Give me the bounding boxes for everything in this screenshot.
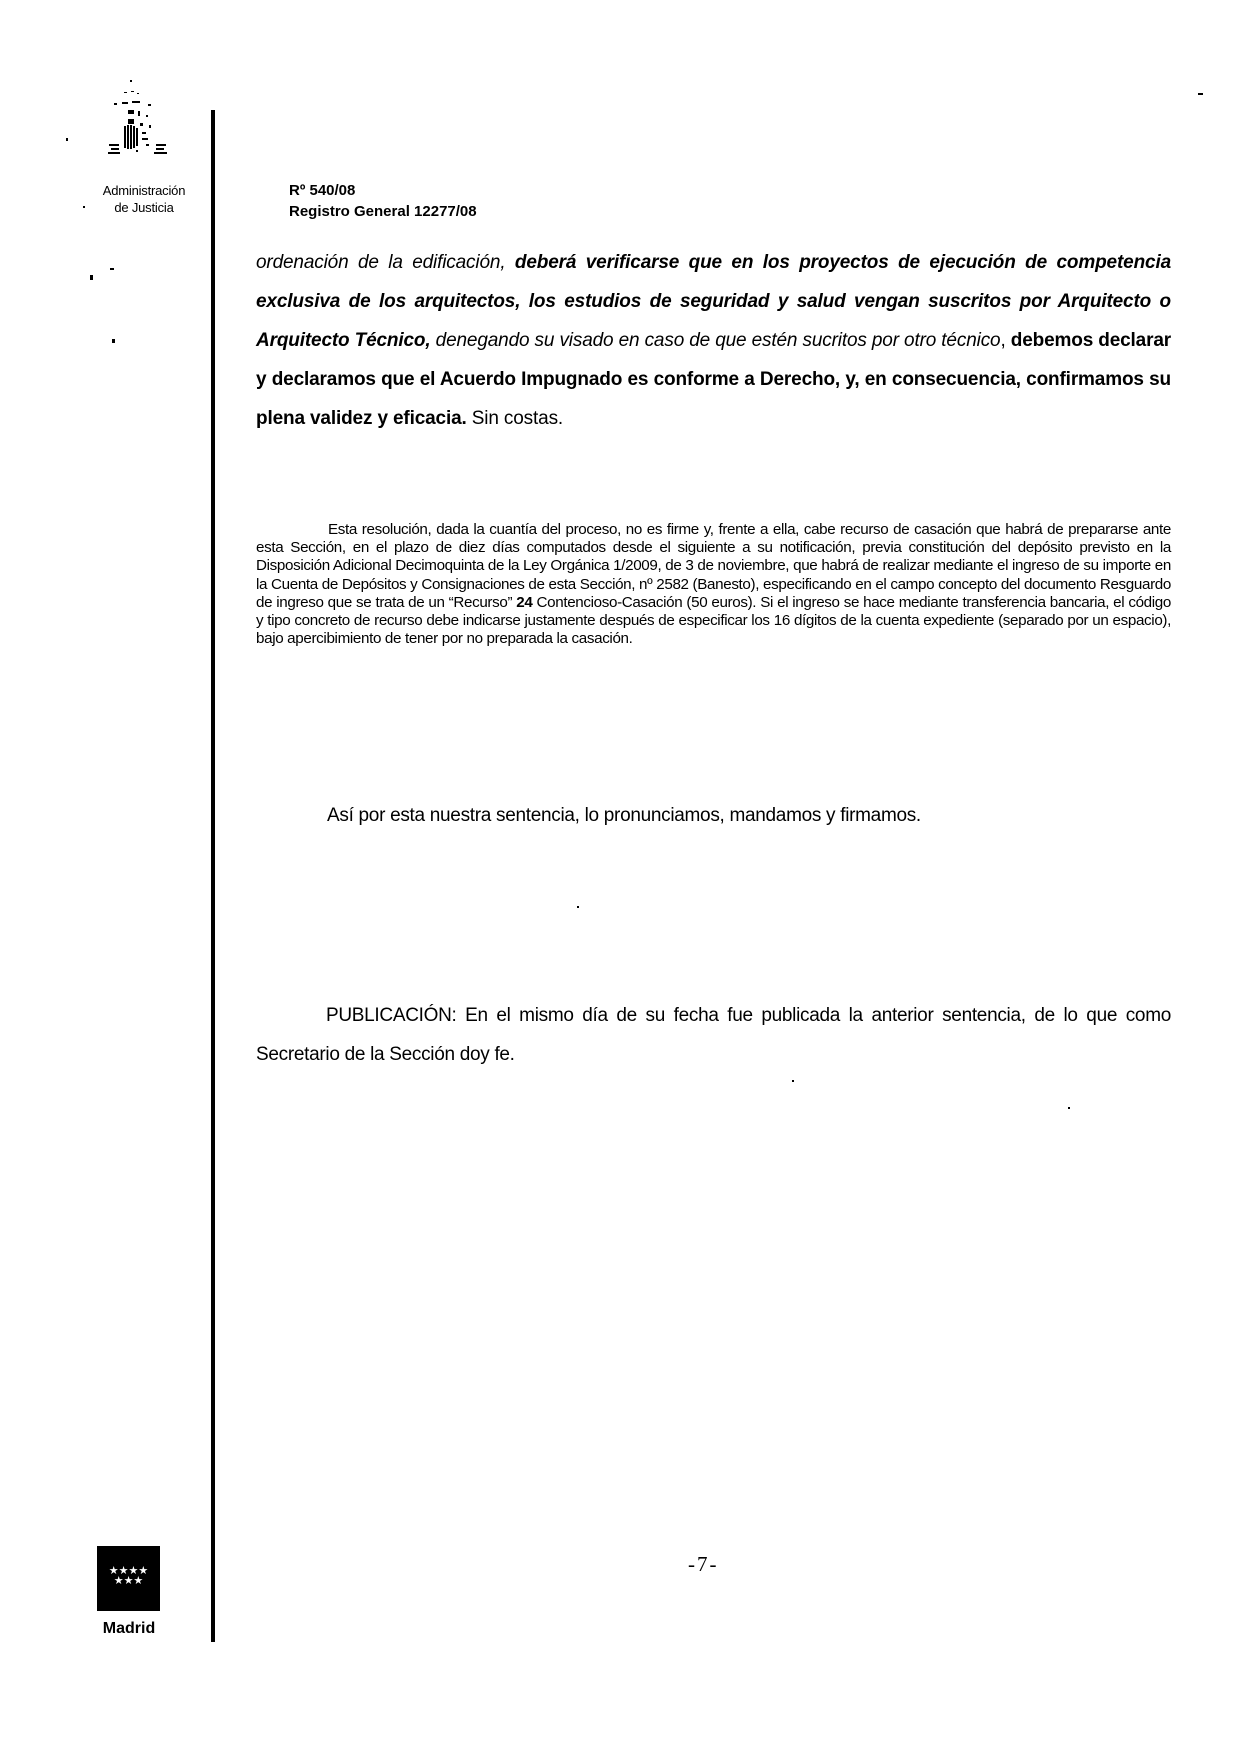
- reference-number: Rº 540/08: [289, 180, 477, 201]
- scan-speck: [1068, 1107, 1070, 1109]
- agency-line-2: de Justicia: [84, 199, 204, 216]
- ruling-paragraph: ordenación de la edificación, deberá ver…: [256, 243, 1171, 438]
- scan-speck: [1198, 93, 1203, 95]
- stars-icon: ★★★★ ★★★: [97, 1566, 160, 1586]
- appeal-code: 24: [516, 594, 532, 611]
- appeal-notice: Esta resolución, dada la cuantía del pro…: [256, 521, 1171, 648]
- agency-line-1: Administración: [84, 182, 204, 199]
- scan-speck: [577, 906, 579, 908]
- coat-of-arms-icon: [96, 78, 196, 174]
- ruling-segment: ,: [1000, 330, 1010, 351]
- closing-formula: Así por esta nuestra sentencia, lo pronu…: [327, 805, 921, 827]
- madrid-logo: ★★★★ ★★★: [97, 1546, 160, 1611]
- scan-speck: [112, 339, 115, 343]
- scan-speck: [90, 275, 93, 280]
- publication-statement: PUBLICACIÓN: En el mismo día de su fecha…: [256, 996, 1171, 1074]
- ruling-segment: denegando su visado en caso de que estén…: [431, 330, 1001, 351]
- agency-name: Administración de Justicia: [84, 182, 204, 216]
- page-number: -7-: [688, 1552, 719, 1577]
- scan-speck: [83, 206, 85, 208]
- margin-rule: [211, 110, 215, 1642]
- scan-speck: [110, 268, 114, 270]
- ruling-segment: ordenación de la edificación,: [256, 252, 515, 273]
- scan-speck: [792, 1080, 794, 1082]
- stars-row-2: ★★★: [97, 1576, 160, 1586]
- scan-speck: [66, 138, 68, 141]
- case-reference: Rº 540/08 Registro General 12277/08: [289, 180, 477, 222]
- registry-number: Registro General 12277/08: [289, 201, 477, 222]
- madrid-logo-label: Madrid: [94, 1620, 164, 1638]
- ruling-costs: Sin costas.: [467, 408, 563, 429]
